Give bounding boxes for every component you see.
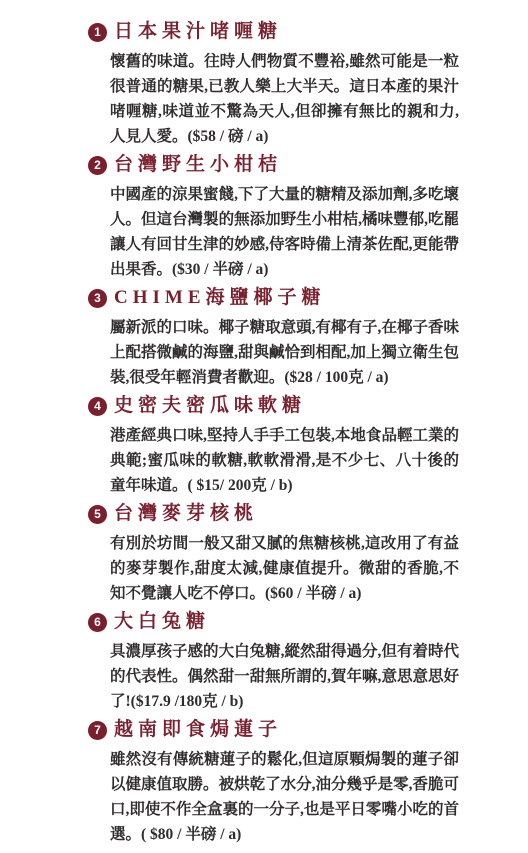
- number-badge-icon: 4: [88, 397, 107, 416]
- number-badge-icon: 7: [88, 721, 107, 740]
- list-item: 7 越南即食焗蓮子 雖然沒有傳統糖蓮子的鬆化,但這原顆焗製的蓮子卻以健康值取勝。…: [88, 720, 459, 847]
- item-title: 史密夫密瓜味軟糖: [114, 396, 306, 416]
- item-description: 屬新派的口味。椰子糖取意頭,有椰有子,在椰子香味上配搭微鹹的海鹽,甜與鹹恰到相配…: [110, 315, 459, 390]
- number-badge-icon: 6: [88, 613, 107, 632]
- number-badge-icon: 3: [88, 289, 107, 308]
- list-item: 1 日本果汁啫喱糖 懷舊的味道。往時人們物質不豐裕,雖然可能是一粒很普通的糖果,…: [88, 22, 459, 149]
- item-description: 有別於坊間一般又甜又膩的焦糖核桃,這改用了有益的麥芽製作,甜度太減,健康值提升。…: [110, 531, 459, 606]
- list-item: 6 大白兔糖 具濃厚孩子感的大白兔糖,縱然甜得過分,但有着時代的代表性。偶然甜一…: [88, 612, 459, 714]
- item-description: 中國產的涼果蜜餞,下了大量的糖精及添加劑,多吃壞人。但這台灣製的無添加野生小柑桔…: [110, 182, 459, 282]
- item-description: 港產經典口味,堅持人手手工包裝,本地食品輕工業的典範;蜜瓜味的軟糖,軟軟滑滑,是…: [110, 423, 459, 498]
- badge-number: 2: [94, 159, 101, 171]
- badge-number: 1: [94, 26, 101, 38]
- item-title: 越南即食焗蓮子: [114, 720, 282, 740]
- candy-guide-page: 1 日本果汁啫喱糖 懷舊的味道。往時人們物質不豐裕,雖然可能是一粒很普通的糖果,…: [0, 0, 528, 853]
- item-title: 台灣麥芽核桃: [114, 504, 258, 524]
- list-item: 3 CHIME海鹽椰子糖 屬新派的口味。椰子糖取意頭,有椰有子,在椰子香味上配搭…: [88, 288, 459, 390]
- item-description: 懷舊的味道。往時人們物質不豐裕,雖然可能是一粒很普通的糖果,已教人樂上大半天。這…: [110, 49, 459, 149]
- badge-number: 4: [94, 400, 101, 412]
- list-item: 2 台灣野生小柑桔 中國產的涼果蜜餞,下了大量的糖精及添加劑,多吃壞人。但這台灣…: [88, 155, 459, 282]
- item-heading-row: 4 史密夫密瓜味軟糖: [88, 396, 459, 416]
- list-item: 5 台灣麥芽核桃 有別於坊間一般又甜又膩的焦糖核桃,這改用了有益的麥芽製作,甜度…: [88, 504, 459, 606]
- item-heading-row: 5 台灣麥芽核桃: [88, 504, 459, 524]
- item-heading-row: 1 日本果汁啫喱糖: [88, 22, 459, 42]
- badge-number: 6: [94, 616, 101, 628]
- item-heading-row: 7 越南即食焗蓮子: [88, 720, 459, 740]
- badge-number: 3: [94, 292, 101, 304]
- item-heading-row: 3 CHIME海鹽椰子糖: [88, 288, 459, 308]
- badge-number: 5: [94, 508, 101, 520]
- number-badge-icon: 5: [88, 505, 107, 524]
- item-title: 大白兔糖: [114, 612, 210, 632]
- item-heading-row: 2 台灣野生小柑桔: [88, 155, 459, 175]
- item-title: 台灣野生小柑桔: [114, 155, 282, 175]
- candy-item-list: 1 日本果汁啫喱糖 懷舊的味道。往時人們物質不豐裕,雖然可能是一粒很普通的糖果,…: [88, 22, 459, 847]
- item-title: CHIME海鹽椰子糖: [114, 288, 326, 308]
- item-title: 日本果汁啫喱糖: [114, 22, 282, 42]
- item-description: 雖然沒有傳統糖蓮子的鬆化,但這原顆焗製的蓮子卻以健康值取勝。被烘乾了水分,油分幾…: [110, 747, 459, 847]
- number-badge-icon: 2: [88, 156, 107, 175]
- number-badge-icon: 1: [88, 23, 107, 42]
- badge-number: 7: [94, 724, 101, 736]
- item-heading-row: 6 大白兔糖: [88, 612, 459, 632]
- item-description: 具濃厚孩子感的大白兔糖,縱然甜得過分,但有着時代的代表性。偶然甜一甜無所謂的,賀…: [110, 639, 459, 714]
- list-item: 4 史密夫密瓜味軟糖 港產經典口味,堅持人手手工包裝,本地食品輕工業的典範;蜜瓜…: [88, 396, 459, 498]
